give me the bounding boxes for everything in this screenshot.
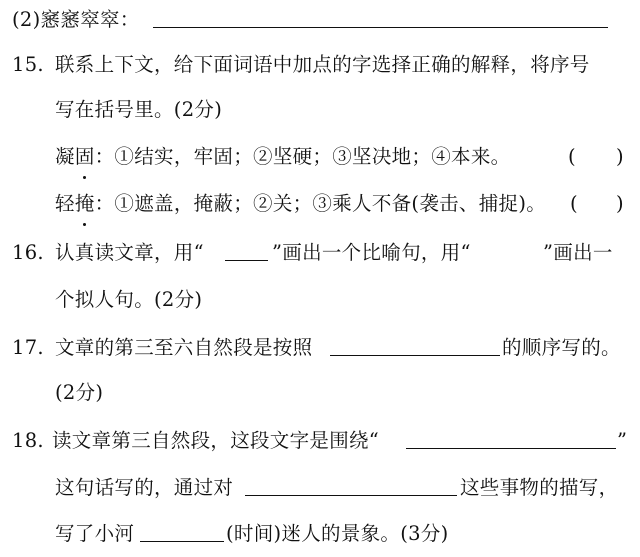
- q15-text-line2: 写在括号里。(2分): [55, 90, 222, 130]
- q15-sub2-word-pre: 轻: [55, 192, 75, 215]
- q18-text-line2b: 这些事物的描写，: [460, 468, 618, 508]
- q18-number: 18.: [12, 421, 44, 461]
- q14-2-answer-blank[interactable]: [153, 1, 608, 28]
- q18-text-b: ”: [617, 421, 627, 461]
- q15-sub1-paren-close: ): [616, 137, 624, 177]
- q18-text-line3a: 写了小河: [55, 514, 134, 554]
- q15-sub1-answer-box[interactable]: [582, 142, 614, 172]
- q15-text-line1: 联系上下文，给下面词语中加点的字选择正确的解释，将序号: [55, 45, 590, 85]
- q16-number: 16.: [12, 233, 44, 273]
- q16-text-line2: 个拟人句。(2分): [55, 280, 202, 320]
- q17-text-b: 的顺序写的。: [502, 328, 621, 368]
- q17-text-a: 文章的第三至六自然段是按照: [55, 328, 312, 368]
- q15-sub2-text: 轻掩：①遮盖，掩蔽；②关；③乘人不备(袭击、捕捉)。: [55, 184, 546, 224]
- q17-answer-blank[interactable]: [330, 329, 500, 356]
- q18-text-line2a: 这句话写的，通过对: [55, 468, 233, 508]
- q15-sub1-dotted-char: 固: [75, 137, 95, 177]
- q15-sub2-options: ：①遮盖，掩蔽；②关；③乘人不备(袭击、捕捉)。: [95, 192, 546, 215]
- q15-number: 15.: [12, 45, 44, 85]
- q15-sub2-answer-box[interactable]: [584, 189, 614, 219]
- q15-sub2-paren-close: ): [616, 184, 624, 224]
- q17-number: 17.: [12, 328, 44, 368]
- q15-sub2-paren-open: (: [570, 184, 578, 224]
- q18-time-blank[interactable]: [140, 515, 224, 542]
- q15-sub1-paren-open: (: [568, 137, 576, 177]
- q15-sub2-dotted-char: 掩: [75, 184, 95, 224]
- q16-text-b: ”画出一个比喻句，用“: [272, 233, 471, 273]
- q15-sub1-word-pre: 凝: [55, 145, 75, 168]
- q17-text-line2: (2分): [55, 373, 103, 413]
- q14-2-label: (2)窸窸窣窣：: [12, 0, 140, 40]
- q18-things-blank[interactable]: [245, 469, 457, 496]
- q18-sentence-blank[interactable]: [406, 422, 616, 449]
- q15-sub1-text: 凝固：①结实，牢固；②坚硬；③坚决地；④本来。: [55, 137, 510, 177]
- q16-straight-line-marker: [225, 234, 268, 261]
- q18-text-a: 读文章第三自然段，这段文字是围绕“: [52, 421, 379, 461]
- q16-text-a: 认真读文章，用“: [55, 233, 204, 273]
- q15-sub1-options: ：①结实，牢固；②坚硬；③坚决地；④本来。: [95, 145, 511, 168]
- q16-text-c: ”画出一: [543, 233, 613, 273]
- q18-text-line3b: (时间)迷人的景象。(3分): [226, 514, 449, 554]
